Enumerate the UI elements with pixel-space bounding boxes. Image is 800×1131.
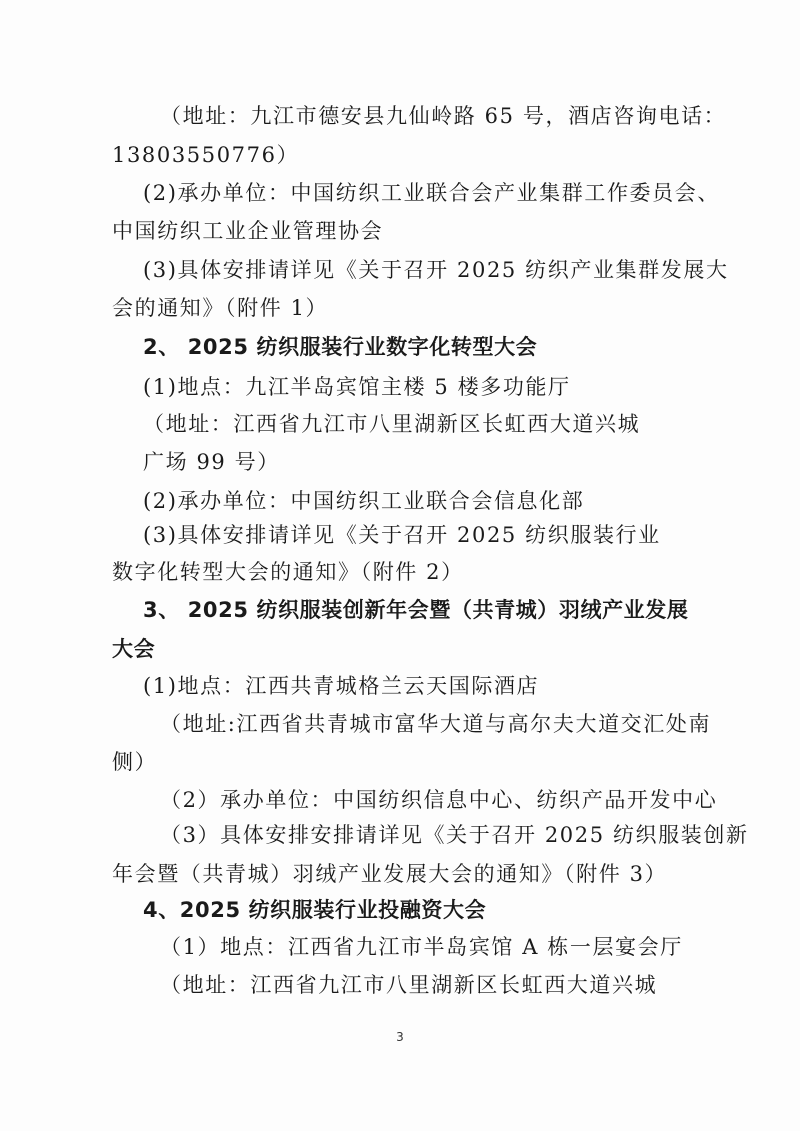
paragraph-line: 13803550776）: [112, 142, 299, 168]
paragraph-line: (2)承办单位：中国纺织工业联合会信息化部: [143, 488, 584, 514]
paragraph-line: (1)地点：九江半岛宾馆主楼 5 楼多功能厅: [143, 374, 571, 400]
paragraph-line: (3)具体安排请详见《关于召开 2025 纺织产业集群发展大: [143, 257, 729, 283]
paragraph-line: （1）地点：江西省九江市半岛宾馆 A 栋一层宴会厅: [160, 934, 683, 960]
document-page: （地址：九江市德安县九仙岭路 65 号，酒店咨询电话：13803550776）(…: [0, 0, 800, 1131]
paragraph-line: （地址：江西省九江市八里湖新区长虹西大道兴城: [143, 411, 640, 437]
section-heading: 2、 2025 纺织服装行业数字化转型大会: [143, 334, 537, 360]
paragraph-line: 数字化转型大会的通知》（附件 2）: [112, 559, 464, 585]
paragraph-line: （地址：九江市德安县九仙岭路 65 号，酒店咨询电话：: [160, 103, 726, 129]
paragraph-line: (1)地点：江西共青城格兰云天国际酒店: [143, 673, 539, 699]
paragraph-line: (3)具体安排请详见《关于召开 2025 纺织服装行业: [143, 522, 661, 548]
paragraph-line: 侧）: [112, 749, 157, 775]
page-number: 3: [0, 1030, 800, 1044]
section-heading: 4、2025 纺织服装行业投融资大会: [143, 897, 486, 923]
section-heading: 3、 2025 纺织服装创新年会暨（共青城）羽绒产业发展: [143, 597, 688, 623]
paragraph-line: （地址:江西省共青城市富华大道与高尔夫大道交汇处南: [160, 711, 711, 737]
paragraph-line: 会的通知》（附件 1）: [112, 295, 328, 321]
paragraph-line: （3）具体安排安排请详见《关于召开 2025 纺织服装创新: [160, 822, 749, 848]
paragraph-line: （地址：江西省九江市八里湖新区长虹西大道兴城: [160, 972, 657, 998]
paragraph-line: 广场 99 号）: [143, 449, 280, 475]
paragraph-line: 年会暨（共青城）羽绒产业发展大会的通知》（附件 3）: [112, 861, 667, 887]
paragraph-line: 中国纺织工业企业管理协会: [112, 218, 383, 244]
paragraph-line: (2)承办单位：中国纺织工业联合会产业集群工作委员会、: [143, 180, 720, 206]
paragraph-line: （2）承办单位：中国纺织信息中心、纺织产品开发中心: [160, 787, 717, 813]
section-heading: 大会: [112, 636, 155, 662]
